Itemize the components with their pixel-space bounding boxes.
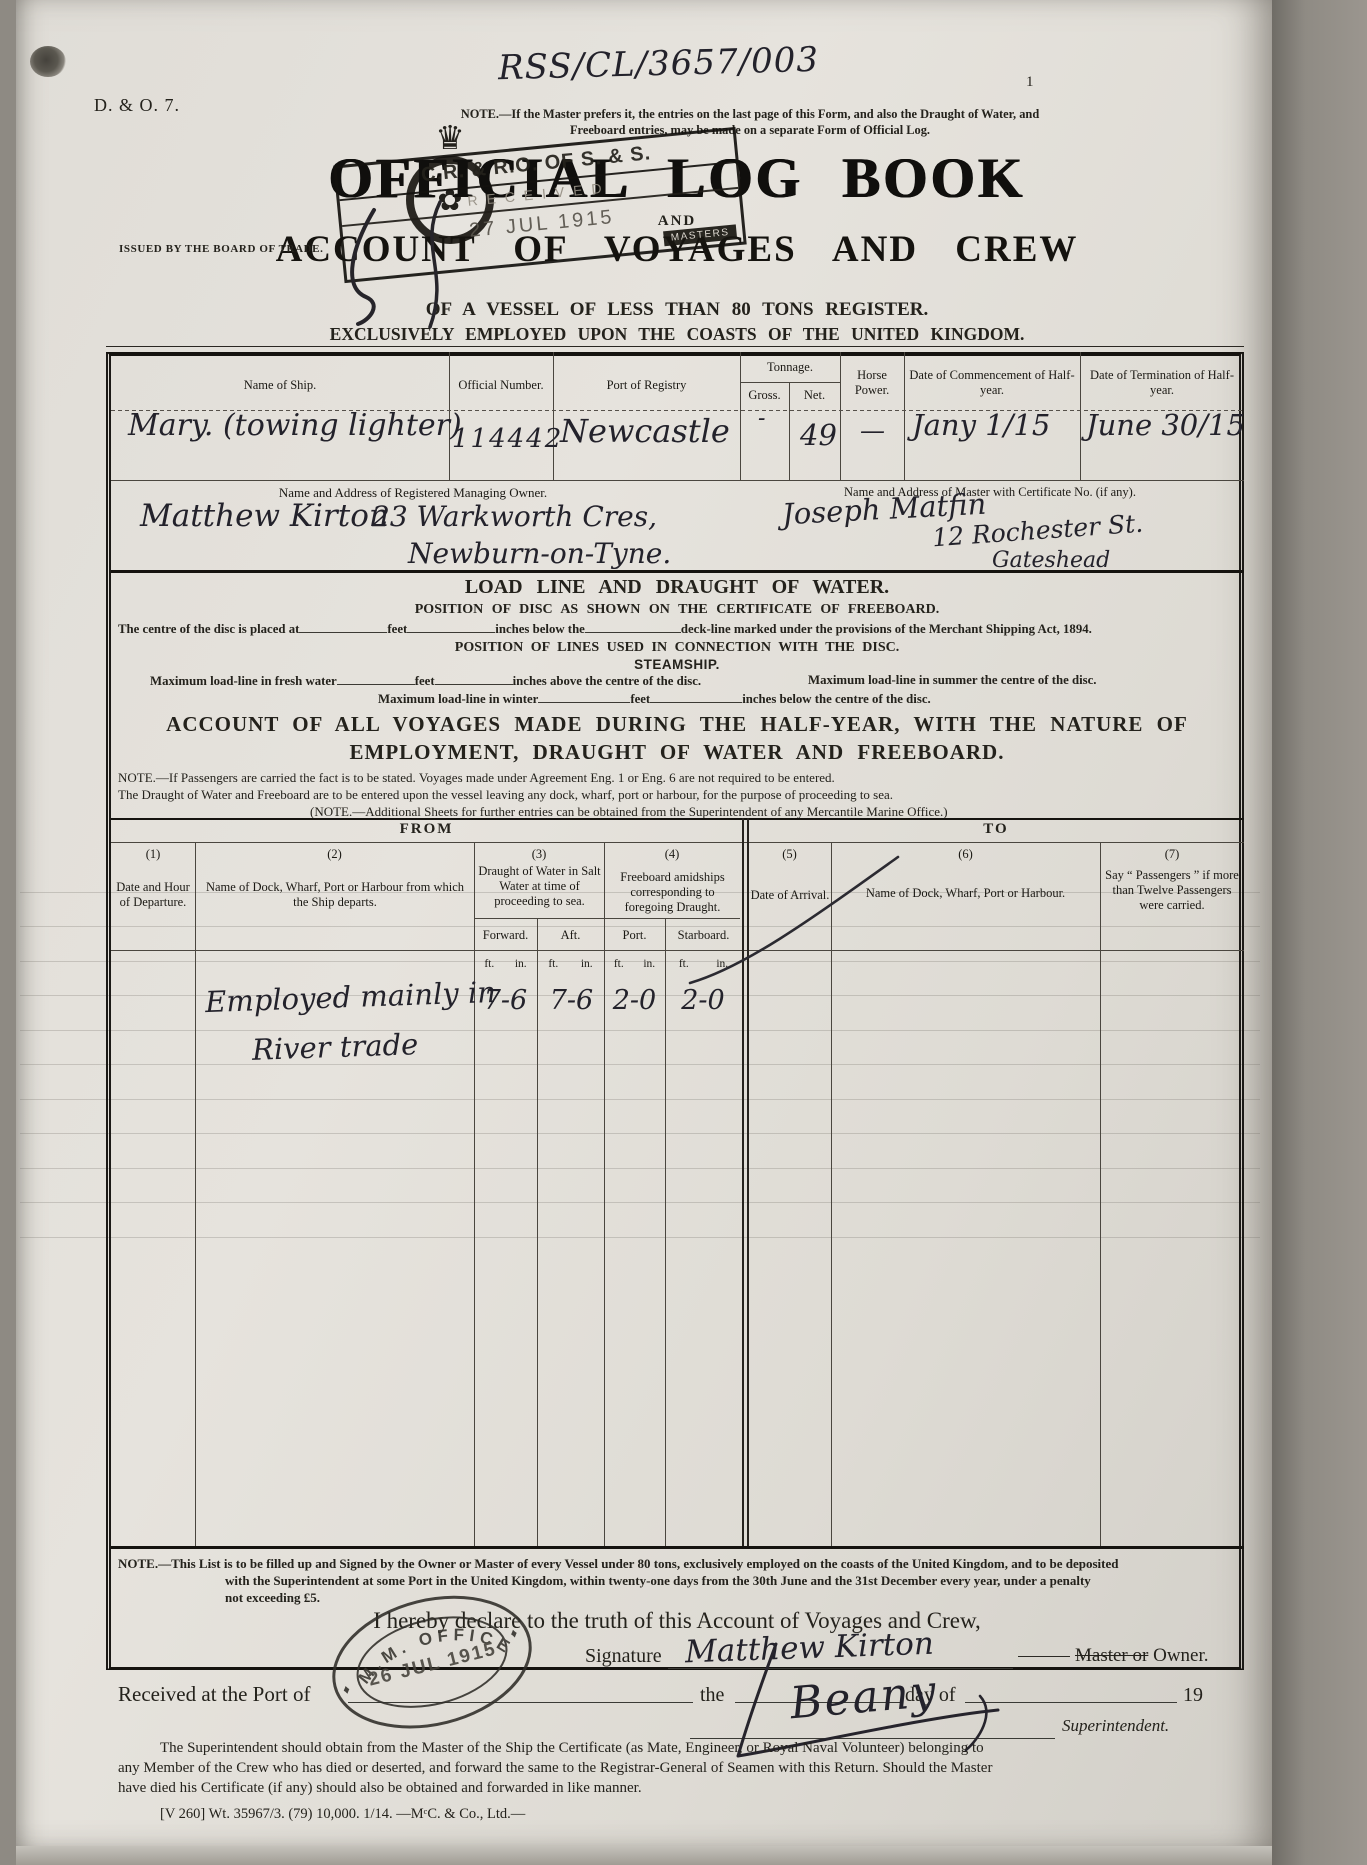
- official-number-entry: 114442: [452, 424, 563, 454]
- col-port-of-registry: Port of Registry: [555, 378, 738, 393]
- vessel-line: OF A VESSEL OF LESS THAN 80 TONS REGISTE…: [106, 299, 1248, 321]
- port-entry-value: 2-0: [606, 985, 663, 1016]
- fresh-pre-text: Maximum load-line in fresh water: [150, 674, 337, 688]
- aft-units: ft.in.: [537, 958, 604, 970]
- form-code: D. & O. 7.: [94, 95, 180, 116]
- issued-by-line: ISSUED BY THE BOARD OF TRADE.: [119, 243, 323, 255]
- table-line: [1080, 352, 1081, 480]
- page-number: 1: [1026, 74, 1034, 91]
- summer-line: Maximum load-line in summer the centre o…: [808, 673, 1097, 688]
- port-sub-label: Port.: [604, 928, 665, 943]
- col3-num: (3): [474, 847, 604, 862]
- col-commencement: Date of Commencement of Half-year.: [908, 368, 1076, 398]
- col-net: Net.: [789, 388, 840, 403]
- table-line: [537, 918, 538, 1546]
- blank-field: [538, 691, 630, 703]
- in-label: in.: [515, 958, 527, 970]
- gross-entry: -: [758, 406, 765, 431]
- page-bottom-shadow: [16, 1846, 1272, 1865]
- col2-label: Name of Dock, Wharf, Port or Harbour fro…: [200, 880, 470, 910]
- forward-units: ft.in.: [474, 958, 537, 970]
- fresh-water-line: Maximum load-line in fresh waterfeetinch…: [150, 673, 701, 689]
- table-line: [604, 842, 605, 1546]
- table-line: [904, 352, 905, 480]
- signature-label: Signature: [585, 1645, 662, 1668]
- blank-field: [407, 621, 495, 633]
- feet-label: feet: [415, 674, 435, 688]
- termination-entry: June 30/15: [1086, 408, 1245, 442]
- col-name-of-ship: Name of Ship.: [118, 378, 442, 393]
- header-note-line1: NOTE.—If the Master prefers it, the entr…: [420, 107, 1080, 123]
- stamp-masters-tag: MASTERS: [663, 224, 737, 246]
- port-units: ft.in.: [604, 958, 665, 970]
- position-lines-line: POSITION OF LINES USED IN CONNECTION WIT…: [106, 640, 1248, 656]
- archive-reference-handwritten: RSS/CL/3657/003: [498, 40, 820, 88]
- rule: [111, 818, 1244, 820]
- forward-entry: 7-6: [477, 985, 534, 1016]
- final-note-line2: any Member of the Crew who has died or d…: [118, 1760, 992, 1777]
- voyages-note1: NOTE.—If Passengers are carried the fact…: [118, 770, 835, 786]
- table-line: [474, 918, 604, 919]
- table-line: [840, 352, 841, 480]
- master-address2-entry: Gateshead: [992, 548, 1110, 573]
- winter-mid-text: inches below the centre of the disc.: [742, 692, 931, 706]
- ft-label: ft.: [484, 958, 494, 970]
- printer-imprint: [V 260] Wt. 35967/3. (79) 10,000. 1/14. …: [160, 1806, 525, 1823]
- owner-address1-entry: 23 Warkworth Cres,: [372, 500, 657, 533]
- feet-label: feet: [387, 622, 407, 636]
- in-label: in.: [643, 958, 655, 970]
- handwritten-initials: [322, 192, 542, 332]
- final-note-line1: The Superintendent should obtain from th…: [160, 1740, 984, 1757]
- owner-address2-entry: Newburn-on-Tyne.: [408, 537, 671, 570]
- commencement-entry: Jany 1/15: [912, 408, 1050, 442]
- table-line: [665, 918, 666, 1546]
- scanned-log-book-page: RSS/CL/3657/003 1 D. & O. 7. NOTE.—If th…: [0, 0, 1367, 1865]
- voyages-note2: The Draught of Water and Freeboard are t…: [118, 787, 893, 803]
- rule: [106, 346, 1244, 347]
- table-line: [111, 480, 1244, 481]
- table-line: [195, 842, 196, 1546]
- binder-hole: [30, 46, 66, 77]
- header-note-line2: Freeboard entries, may be made on a sepa…: [420, 123, 1080, 139]
- voyages-heading2: EMPLOYMENT, DRAUGHT OF WATER AND FREEBOA…: [106, 740, 1248, 765]
- col-termination: Date of Termination of Half-year.: [1084, 368, 1240, 398]
- table-line: [1100, 842, 1101, 1546]
- col7-num: (7): [1100, 847, 1244, 862]
- disc-mid-text: inches below the: [495, 622, 585, 636]
- stamp-diamond-left: ♦: [341, 1681, 351, 1697]
- superintendent-label: Superintendent.: [1062, 1716, 1169, 1736]
- declaration-text: I hereby declare to the truth of this Ac…: [106, 1608, 1248, 1634]
- master-or-text: Master or: [1075, 1645, 1148, 1666]
- disc-placement-line: The centre of the disc is placed atfeeti…: [118, 621, 1092, 637]
- feet-label: feet: [630, 692, 650, 706]
- bottom-note-line1: NOTE.—This List is to be filled up and S…: [118, 1556, 1118, 1572]
- bottom-note-line3: not exceeding £5.: [225, 1590, 320, 1606]
- voyages-heading1: ACCOUNT OF ALL VOYAGES MADE DURING THE H…: [106, 712, 1248, 737]
- final-note-line3: have died his Certificate (if any) shoul…: [118, 1780, 642, 1797]
- col-official-number: Official Number.: [451, 378, 551, 393]
- winter-line: Maximum load-line in winterfeetinches be…: [378, 691, 931, 707]
- table-line: [474, 842, 475, 1546]
- col-horse-power: Horse Power.: [842, 368, 902, 398]
- rule: [111, 1546, 1244, 1549]
- net-entry: 49: [800, 418, 837, 452]
- forward-sub-label: Forward.: [474, 928, 537, 943]
- blank-field: [435, 673, 513, 685]
- in-label: in.: [581, 958, 593, 970]
- port-entry: Newcastle: [560, 412, 730, 450]
- pen-flourish: [660, 845, 920, 995]
- strike-line: [1018, 1656, 1070, 1658]
- ft-label: ft.: [614, 958, 624, 970]
- table-line: [111, 842, 1244, 843]
- col2-num: (2): [195, 847, 474, 862]
- blank-field: [299, 621, 387, 633]
- ship-name-entry: Mary. (towing lighter): [128, 408, 462, 443]
- owner-text: Owner.: [1153, 1645, 1208, 1666]
- from-label: FROM: [111, 821, 742, 838]
- ft-label: ft.: [548, 958, 558, 970]
- page-torn-edge: [1272, 0, 1367, 1865]
- master-or-owner: Master or Owner.: [1018, 1645, 1209, 1667]
- position-disc-line: POSITION OF DISC AS SHOWN ON THE CERTIFI…: [106, 602, 1248, 618]
- load-line-title: LOAD LINE AND DRAUGHT OF WATER.: [106, 576, 1248, 599]
- blank-field: [650, 691, 742, 703]
- horse-power-entry: —: [860, 416, 885, 445]
- header-note: NOTE.—If the Master prefers it, the entr…: [420, 107, 1080, 138]
- blank-field: [585, 621, 681, 633]
- owner-name-entry: Matthew Kirton: [140, 498, 389, 534]
- coasts-line: EXCLUSIVELY EMPLOYED UPON THE COASTS OF …: [106, 324, 1248, 345]
- aft-entry: 7-6: [540, 985, 603, 1016]
- received-at-port: Received at the Port of: [118, 1682, 310, 1707]
- table-line: [740, 382, 840, 383]
- disc-pre-text: The centre of the disc is placed at: [118, 622, 299, 636]
- col3-label: Draught of Water in Salt Water at time o…: [477, 864, 602, 909]
- col-gross: Gross.: [740, 388, 789, 403]
- winter-pre-text: Maximum load-line in winter: [378, 692, 538, 706]
- col7-label: Say “ Passengers ” if more than Twelve P…: [1102, 868, 1242, 913]
- table-line: [553, 352, 554, 480]
- bottom-note-line2: with the Superintendent at some Port in …: [225, 1573, 1091, 1589]
- steamship-label: STEAMSHIP.: [106, 657, 1248, 672]
- blank-field: [337, 673, 415, 685]
- col-tonnage: Tonnage.: [740, 360, 840, 375]
- voyage-entry-line2: River trade: [251, 1027, 418, 1067]
- fresh-mid-text: inches above the centre of the disc.: [513, 674, 702, 688]
- col1-num: (1): [111, 847, 195, 862]
- aft-sub-label: Aft.: [537, 928, 604, 943]
- disc-post-text: deck-line marked under the provisions of…: [681, 622, 1092, 636]
- received-year: 19: [1183, 1684, 1203, 1707]
- to-label: TO: [748, 821, 1244, 838]
- col1-label: Date and Hour of Departure.: [113, 880, 193, 910]
